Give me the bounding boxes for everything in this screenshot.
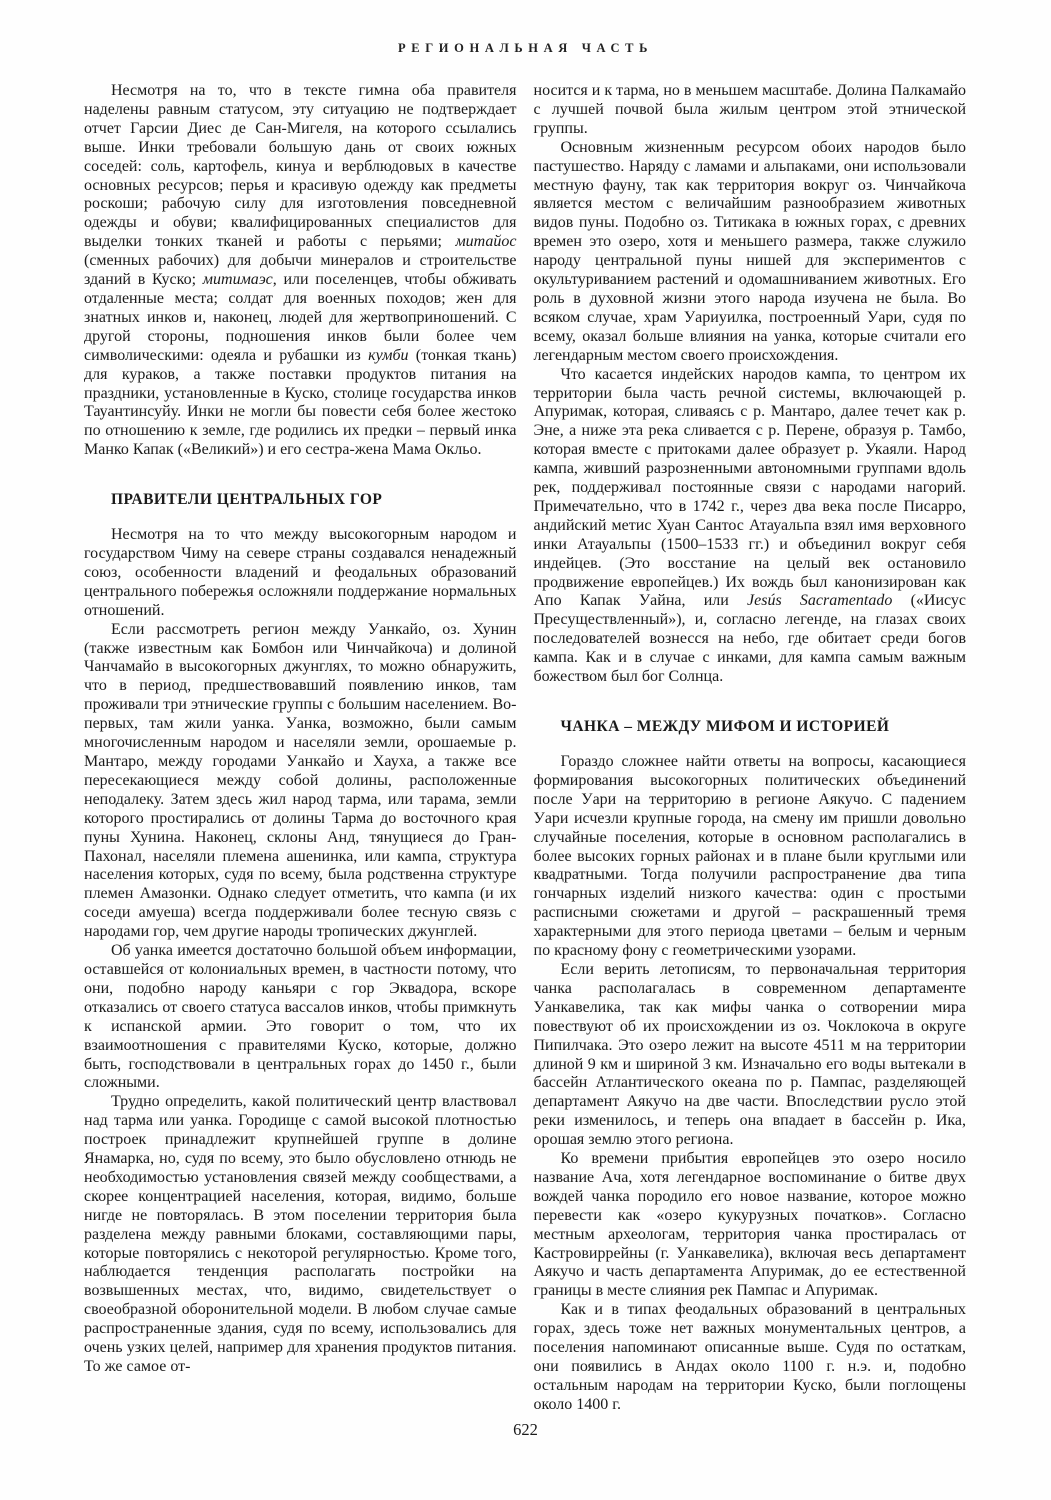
paragraph: Как и в типах феодальных образований в ц… [534,1301,967,1414]
text-run: Если рассмотреть регион между Уанкайо, о… [84,621,517,941]
text-run: Гораздо сложнее найти ответы на вопросы,… [534,753,967,959]
italic-text-run: Jesús Sacramentado [747,592,892,609]
text-run: Об уанка имеется достаточно большой объе… [84,942,517,1091]
paragraph: Если рассмотреть регион между Уанкайо, о… [84,621,517,942]
paragraph: Об уанка имеется достаточно большой объе… [84,942,517,1093]
section-heading: ПРАВИТЕЛИ ЦЕНТРАЛЬНЫХ ГОР [84,490,517,509]
text-run: Ко времени прибытия европейцев это озеро… [534,1150,967,1299]
text-run: Как и в типах феодальных образований в ц… [534,1301,967,1413]
section-heading: ЧАНКА – МЕЖДУ МИФОМ И ИСТОРИЕЙ [534,717,967,736]
paragraph: носится и к тарма, но в меньшем масштабе… [534,82,967,139]
paragraph: Трудно определить, какой политический це… [84,1093,517,1377]
paragraph: Несмотря на то что между высокогорным на… [84,526,517,621]
book-page: РЕГИОНАЛЬНАЯ ЧАСТЬ Несмотря на то, что в… [0,0,1051,1500]
paragraph: Если верить летописям, то первоначальная… [534,961,967,1150]
right-column: носится и к тарма, но в меньшем масштабе… [534,82,967,1415]
text-run: Трудно определить, какой политический це… [84,1093,517,1375]
italic-text-run: митимаэс [203,271,273,288]
text-columns: Несмотря на то, что в тексте гимна оба п… [84,82,966,1415]
running-header: РЕГИОНАЛЬНАЯ ЧАСТЬ [0,41,1051,56]
paragraph: Гораздо сложнее найти ответы на вопросы,… [534,753,967,961]
text-run: носится и к тарма, но в меньшем масштабе… [534,82,967,137]
left-column: Несмотря на то, что в тексте гимна оба п… [84,82,517,1415]
paragraph: Основным жизненным ресурсом обоих народо… [534,139,967,366]
text-run: Что касается индейских народов кампа, то… [534,366,967,610]
paragraph: Несмотря на то, что в тексте гимна оба п… [84,82,517,460]
text-run: Основным жизненным ресурсом обоих народо… [534,139,967,364]
paragraph: Ко времени прибытия европейцев это озеро… [534,1150,967,1301]
text-run: Несмотря на то, что в тексте гимна оба п… [84,82,517,250]
text-run: Несмотря на то что между высокогорным на… [84,526,517,619]
italic-text-run: митайос [455,233,516,250]
italic-text-run: кумби [368,347,408,364]
page-number: 622 [0,1420,1051,1440]
paragraph: Что касается индейских народов кампа, то… [534,366,967,687]
text-run: Если верить летописям, то первоначальная… [534,961,967,1148]
